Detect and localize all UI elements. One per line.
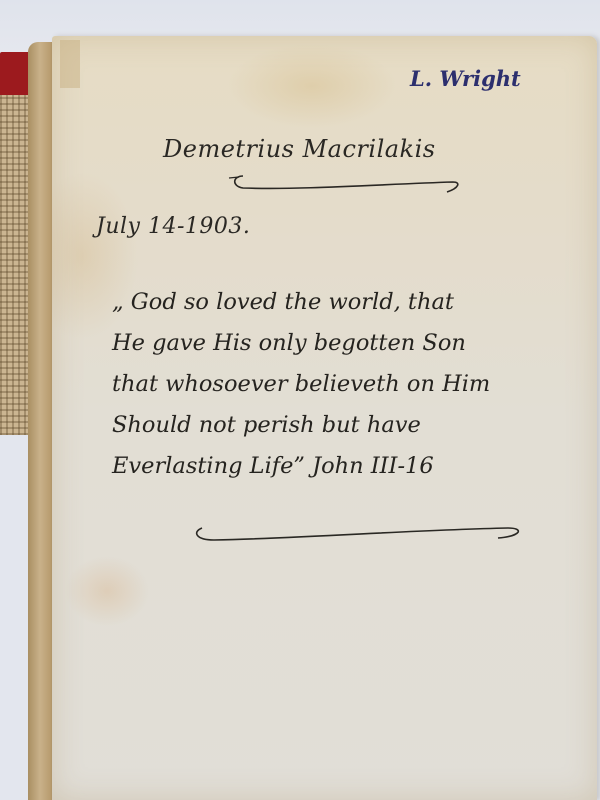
verse-line: He gave His only begotten Son (112, 323, 490, 364)
inscription-date: July 14-1903. (96, 214, 250, 239)
bible-verse: „ God so loved the world, that He gave H… (112, 282, 490, 487)
inscription-name: Demetrius Macrilakis (163, 135, 436, 163)
verse-line: that whosoever believeth on Him (112, 364, 490, 405)
page-hinge (60, 40, 80, 88)
verse-underline-flourish (190, 522, 530, 552)
verse-line: Should not perish but have (112, 405, 490, 446)
name-underline-flourish (225, 170, 465, 200)
verse-line: „ God so loved the world, that (112, 282, 490, 323)
verse-line: Everlasting Life” John III-16 (112, 446, 490, 487)
owner-signature: L. Wright (410, 66, 521, 91)
